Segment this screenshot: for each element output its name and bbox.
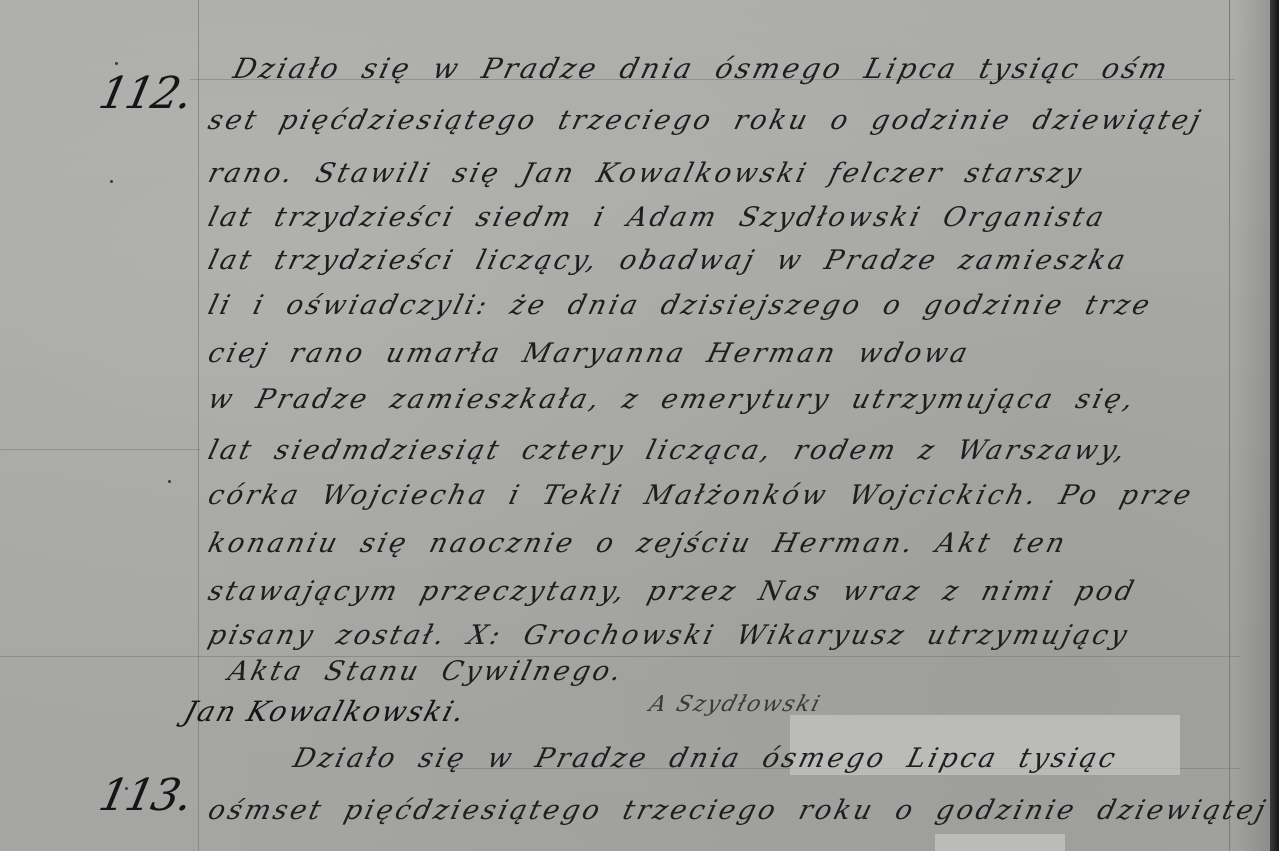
record-line: li i oświadczyli: że dnia dzisiejszego o… xyxy=(205,290,1156,321)
scan-light-patch xyxy=(935,834,1065,851)
record-line: stawającym przeczytany, przez Nas wraz z… xyxy=(205,576,1140,607)
act-number: 112. xyxy=(95,68,196,119)
record-line: córka Wojciecha i Tekli Małżonków Wojcic… xyxy=(205,480,1197,511)
ruled-line xyxy=(0,449,200,450)
record-line: lat siedmdziesiąt cztery licząca, rodem … xyxy=(205,435,1131,466)
signature-kowalkowski: Jan Kowalkowski. xyxy=(180,695,470,728)
act-number: 113. xyxy=(95,770,196,821)
ink-speck xyxy=(168,480,171,483)
record-line: Działo się w Pradze dnia ósmego Lipca ty… xyxy=(290,743,1121,774)
record-line: lat trzydzieści siedm i Adam Szydłowski … xyxy=(205,202,1110,233)
ink-speck xyxy=(110,180,113,183)
record-line: konaniu się naocznie o zejściu Herman. A… xyxy=(205,528,1071,559)
record-line: Działo się w Pradze dnia ósmego Lipca ty… xyxy=(230,52,1173,85)
record-line: Akta Stanu Cywilnego. xyxy=(225,656,627,687)
record-line: ośmset pięćdziesiątego trzeciego roku o … xyxy=(205,795,1271,826)
record-line: lat trzydzieści liczący, obadwaj w Pradz… xyxy=(205,245,1131,276)
page-shadow xyxy=(1235,0,1270,851)
record-line: pisany został. X: Grochowski Wikaryusz u… xyxy=(205,620,1133,651)
record-line: set pięćdziesiątego trzeciego roku o god… xyxy=(205,105,1206,136)
book-binding-edge xyxy=(1270,0,1279,851)
right-margin-rule xyxy=(1229,0,1230,851)
ink-speck xyxy=(115,62,118,65)
scanned-register-page: 112. Działo się w Pradze dnia ósmego Lip… xyxy=(0,0,1279,851)
record-line: w Pradze zamieszkała, z emerytury utrzym… xyxy=(205,384,1139,415)
record-line: rano. Stawili się Jan Kowalkowski felcze… xyxy=(205,158,1087,189)
record-line: ciej rano umarła Maryanna Herman wdowa xyxy=(205,338,974,369)
signature-szydlowski: A Szydłowski xyxy=(646,692,824,717)
